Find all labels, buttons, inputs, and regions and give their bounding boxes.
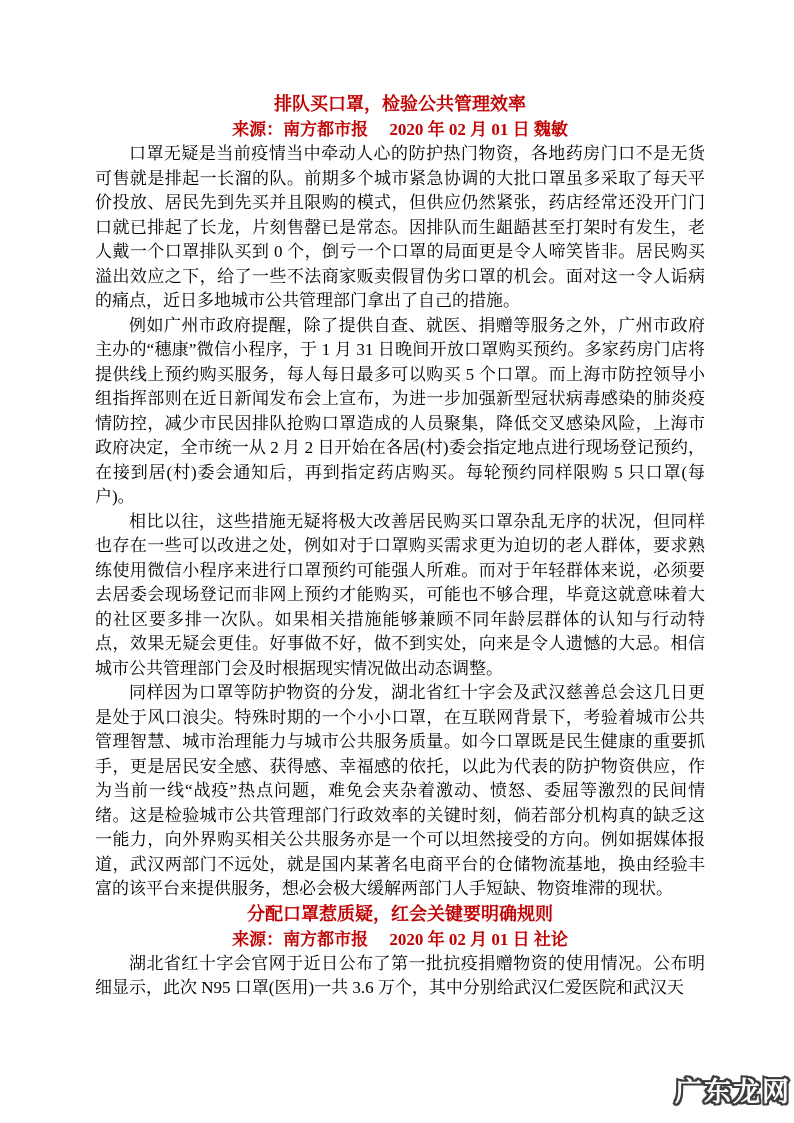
article-1-paragraph-1: 口罩无疑是当前疫情当中牵动人心的防护热门物资，各地药房门口不是无货可售就是排起一… [95,142,705,314]
article-1-title: 排队买口罩，检验公共管理效率 [95,92,705,117]
article-1-paragraph-2: 例如广州市政府提醒，除了提供自查、就医、捐赠等服务之外，广州市政府主办的“穗康”… [95,314,705,510]
article-2-paragraph-1: 湖北省红十字会官网于近日公布了第一批抗疫捐赠物资的使用情况。公布明细显示，此次 … [95,952,705,1001]
document-content: 排队买口罩，检验公共管理效率 来源：南方都市报 2020 年 02 月 01 日… [95,92,705,1001]
article-1-paragraph-3: 相比以往，这些措施无疑将极大改善居民购买口罩杂乱无序的状况，但同样也存在一些可以… [95,510,705,682]
document-page: 排队买口罩，检验公共管理效率 来源：南方都市报 2020 年 02 月 01 日… [0,0,794,1123]
article-2-title: 分配口罩惹质疑，红会关键要明确规则 [95,902,705,927]
article-2-source: 来源：南方都市报 2020 年 02 月 01 日 社论 [95,927,705,952]
article-1-source: 来源：南方都市报 2020 年 02 月 01 日 魏敏 [95,117,705,142]
watermark-guangdong-long-wang: 广东龙网 [675,1070,791,1109]
article-1-paragraph-4: 同样因为口罩等防护物资的分发，湖北省红十字会及武汉慈善总会这几日更是处于风口浪尖… [95,681,705,902]
